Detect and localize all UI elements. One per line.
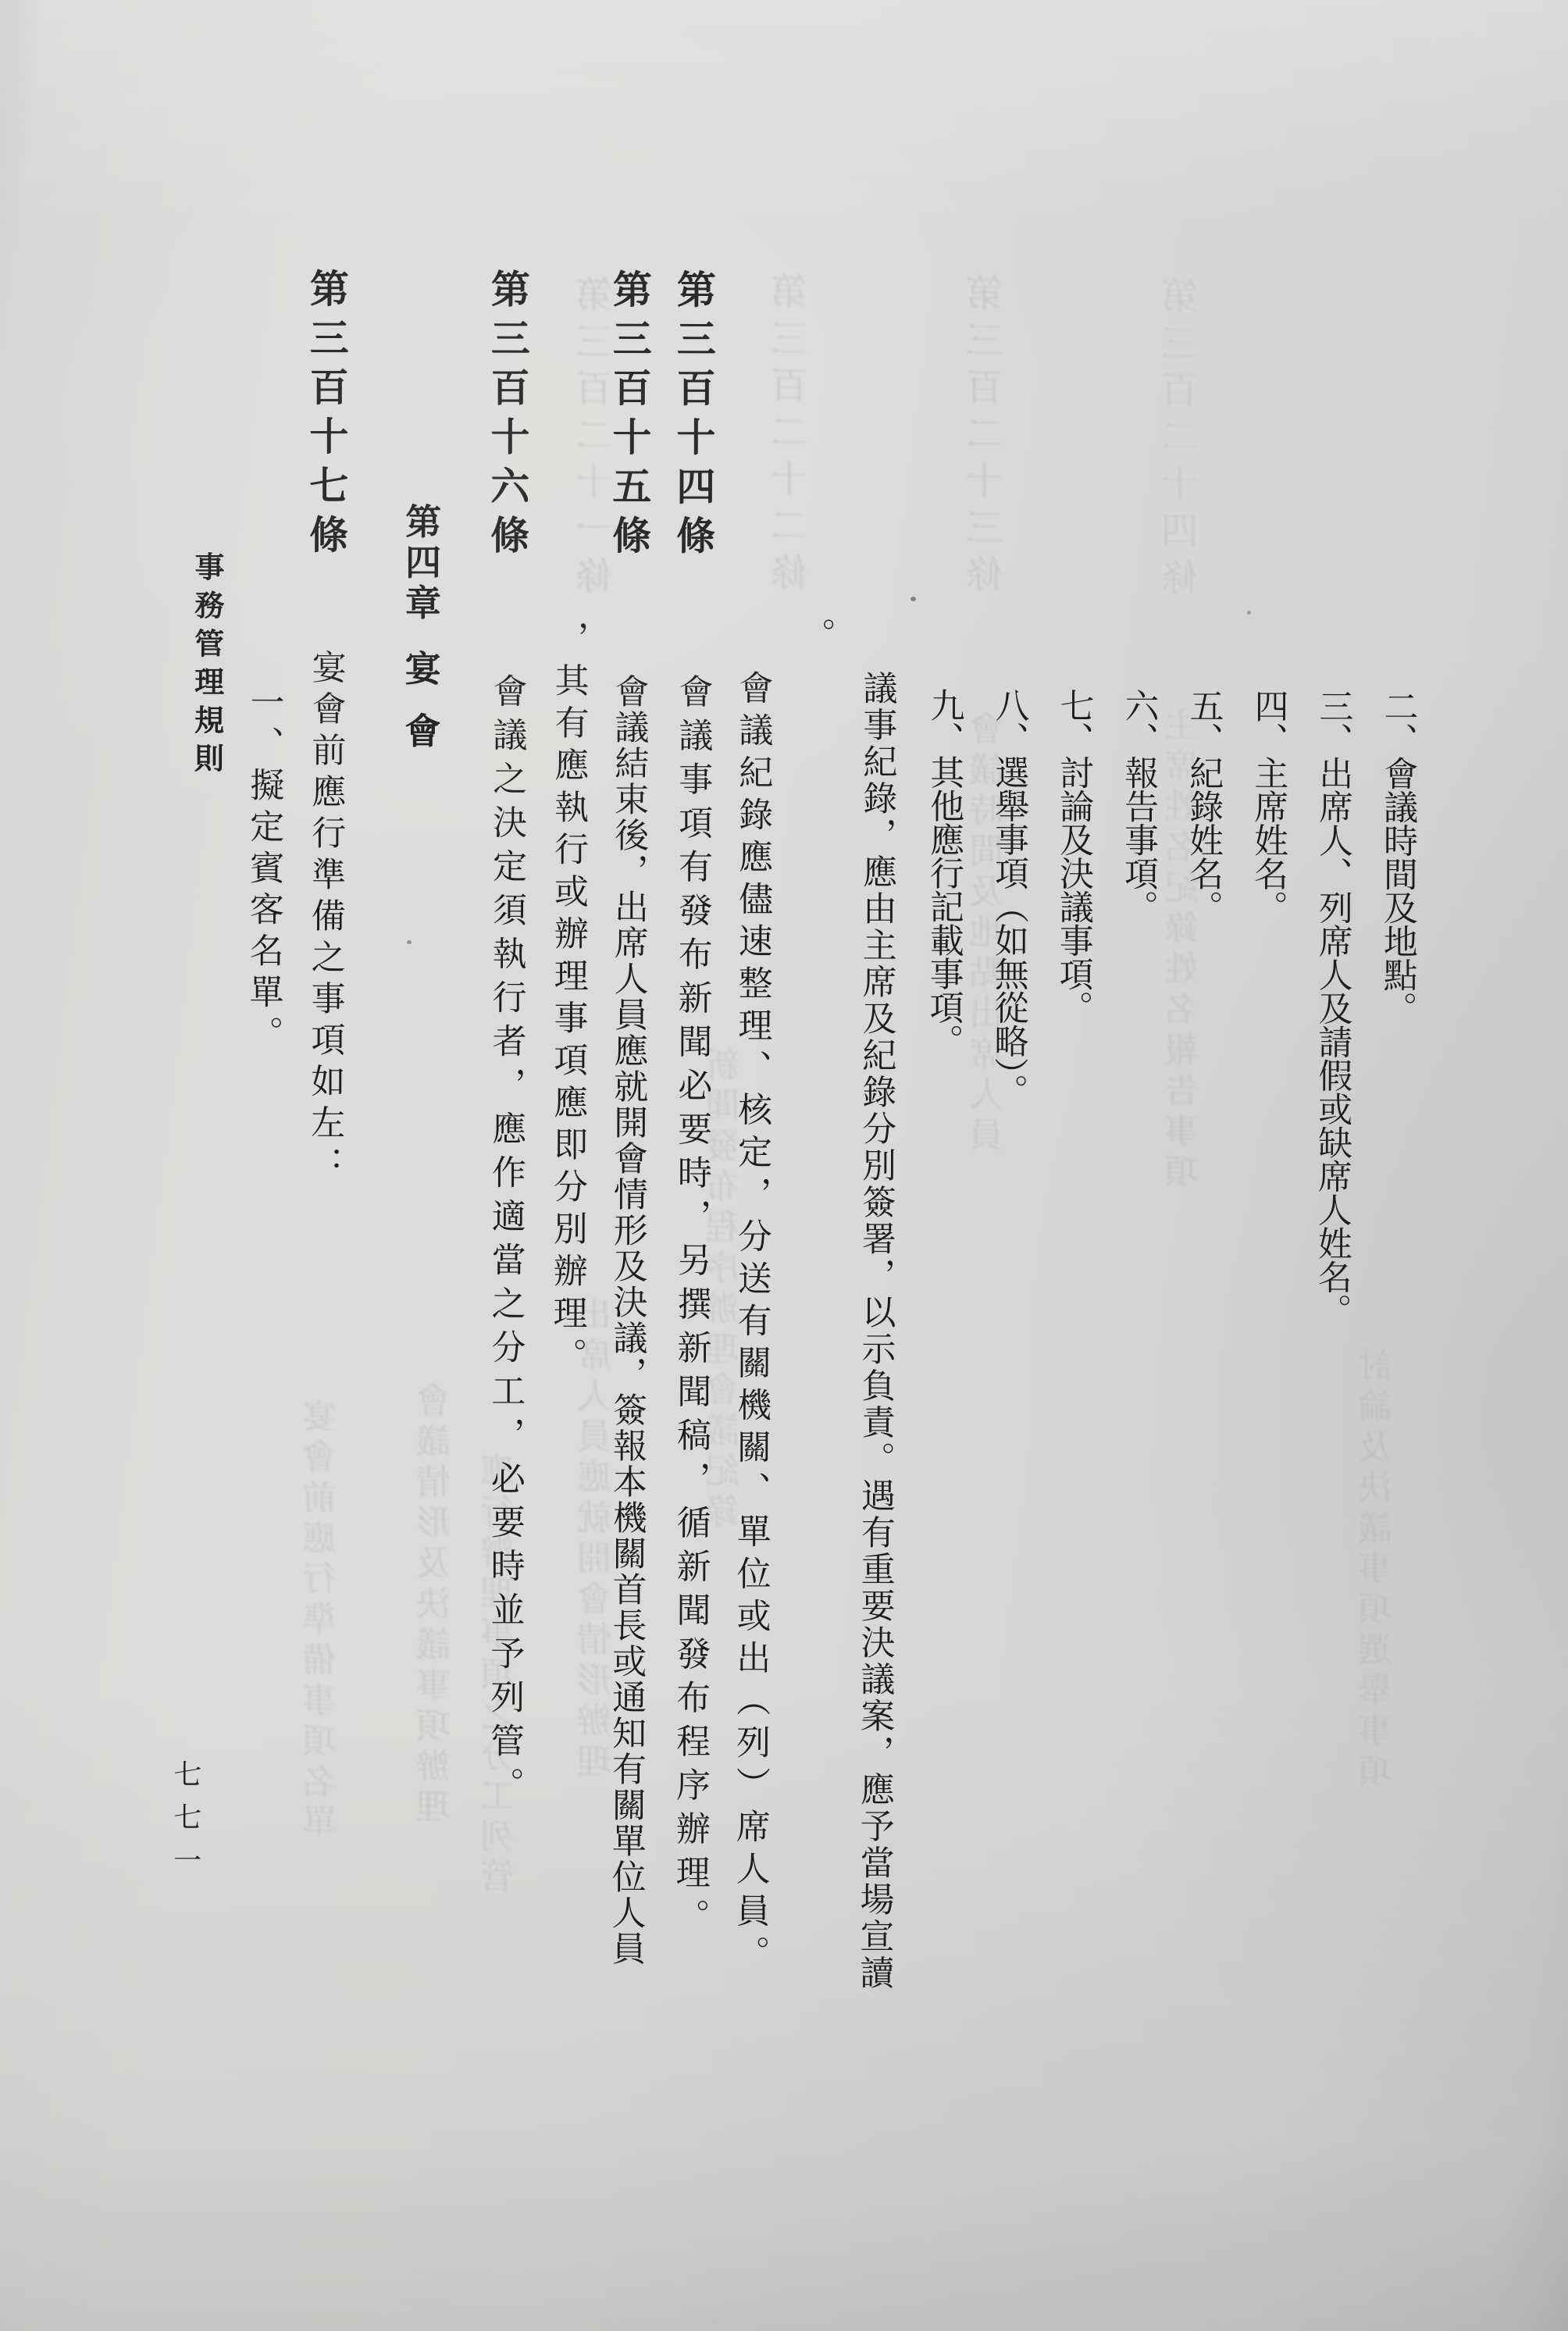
article-316-body: 會議之決定須執行者，應作適當之分工，必要時並予列管。 [486,673,524,1810]
margin-running-title: 事務管理規則 [191,551,221,781]
article-314-number: 第三百十四條 [673,269,713,565]
scan-speck [1247,611,1251,615]
article-315-number: 第三百十五條 [609,269,649,564]
paragraph-313-distribution-clause: 會議紀錄應儘速整理、核定，分送有關機關、單位或出（列）席人員。 [732,670,769,1977]
article-315-body-column-2: ，其有應執行或辦理事項應即分別辦理。 [549,620,586,1379]
article-317-body: 宴會前應行準備之事項如左： [307,649,343,1187]
paragraph-313-signing-clause: 議事紀錄，應由主席及紀錄分別簽署，以示負責。遇有重要決議案，應予當場宣讀 [856,670,893,1991]
list-item-6: 六、報告事項。 [1121,688,1156,923]
list-item-4: 四、主席姓名。 [1250,689,1285,924]
chapter-4-heading-number: 第四章 [402,503,438,625]
chapter-4-heading-title-char-1: 宴 [402,650,438,690]
list-item-7: 七、討論及決議事項。 [1055,688,1090,1024]
list-item-5: 五、紀錄姓名。 [1185,688,1221,923]
scan-speck [407,940,412,944]
page-number: 七七一 [172,1759,200,1888]
article-314-body: 會議事項有發布新聞必要時，另撰新聞稿，循新聞發布程序辦理。 [672,674,709,1942]
article-317-list-item-1: 一、擬定賓客名單。 [245,684,280,1057]
text-layer: 二、會議時間及地點。 三、出席人、列席人及請假或缺席人姓名。 四、主席姓名。 五… [0,0,1568,2331]
article-315-body-column-1: 會議結束後，出席人員應就開會情形及決議，簽報本機關首長或通知有關單位人員 [608,673,645,1966]
list-item-3: 三、出席人、列席人及請假或缺席人姓名。 [1313,689,1349,1327]
list-item-9: 九、其他應行記載事項。 [925,687,960,1057]
article-316-number: 第三百十六條 [487,269,527,564]
scan-speck [911,597,916,601]
article-317-number: 第三百十七條 [306,268,346,563]
chapter-4-heading-title-char-2: 會 [401,712,437,753]
paragraph-313-wrapped-period: 。 [798,617,832,651]
scanned-document-page: 第三百二十一條 第三百二十二條 第三百二十三條 第三百二十四條 會議情形及決議事… [0,0,1568,2331]
list-item-2: 二、會議時間及地點。 [1379,689,1414,1025]
list-item-8: 八、選舉事項（如無從略）。 [990,688,1025,1107]
